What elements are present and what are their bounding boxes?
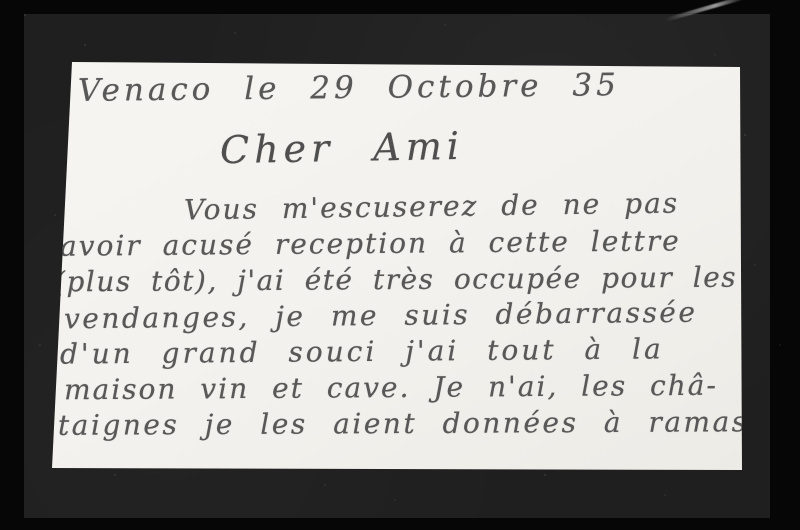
film-grain-noise bbox=[24, 14, 26, 16]
letter-body-line-7: taignes je les aient données à ramass bbox=[58, 405, 742, 442]
photograph: Venaco le 29 Octobre 35 Cher Ami Vous m'… bbox=[0, 0, 800, 530]
letter-body-line-4: vendanges, je me suis débarrassée bbox=[64, 296, 698, 336]
letter-card: Venaco le 29 Octobre 35 Cher Ami Vous m'… bbox=[52, 60, 742, 470]
letter-salutation: Cher Ami bbox=[220, 124, 465, 172]
letter-body-line-2: avoir acusé reception à cette lettre bbox=[60, 224, 681, 262]
letter-body-line-6: maison vin et cave. Je n'ai, les châ- bbox=[64, 369, 718, 407]
letter-dateline: Venaco le 29 Octobre 35 bbox=[78, 67, 620, 109]
letter-body-line-1: Vous m'escuserez de ne pas bbox=[184, 187, 680, 227]
letter-body-line-3: (plus tôt), j'ai été très occupée pour l… bbox=[54, 261, 737, 299]
letter-body-line-5: d'un grand souci j'ai tout à la bbox=[60, 332, 664, 370]
